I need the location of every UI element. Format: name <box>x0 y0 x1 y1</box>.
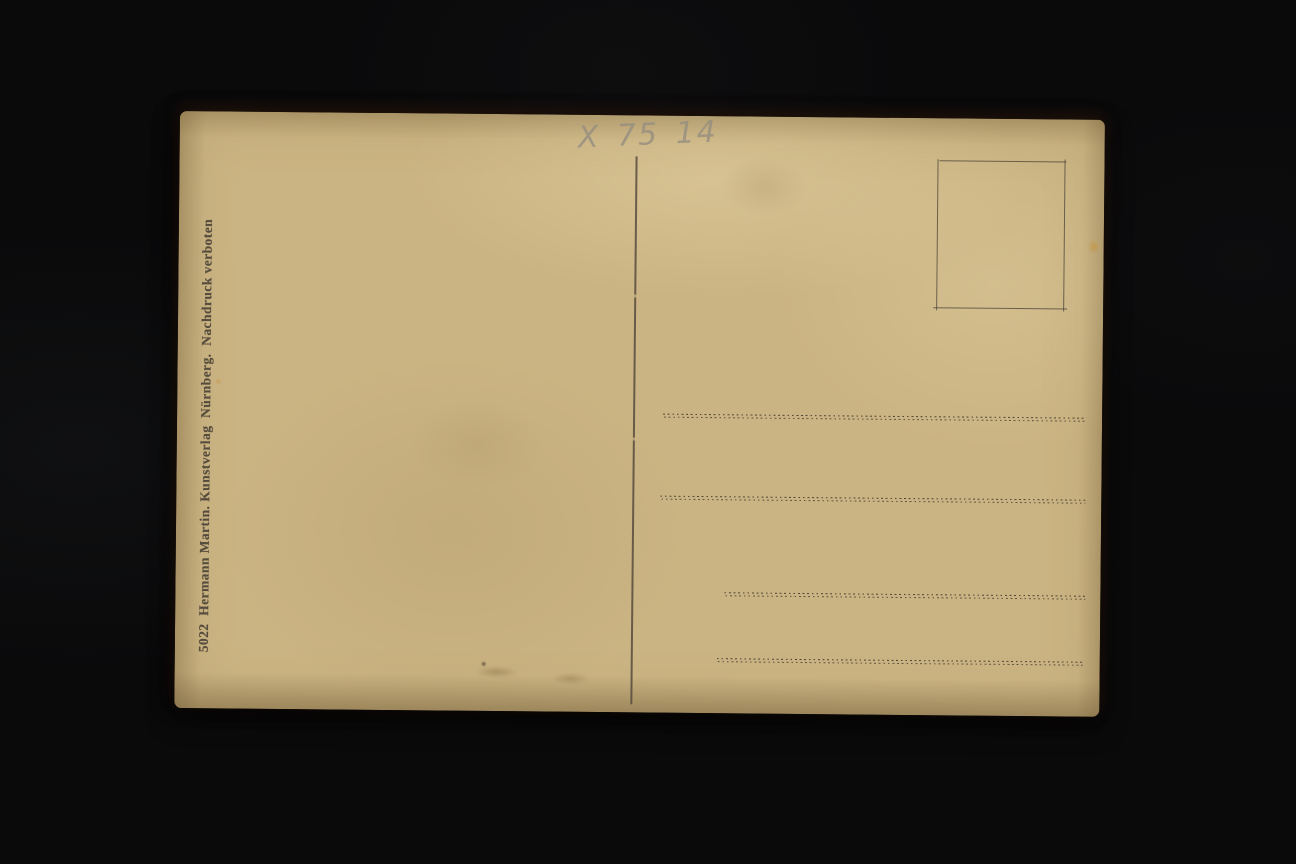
address-line-1 <box>663 414 1086 422</box>
stamp-box <box>936 160 1065 309</box>
divider-line <box>630 156 637 704</box>
stamp-box-left-rule <box>936 159 938 310</box>
photo-backdrop: 5022 Hermann Martin. Kunstverlag Nürnber… <box>0 0 1296 864</box>
stamp-box-bottom-rule <box>933 307 1067 309</box>
address-line-4 <box>717 658 1083 666</box>
publisher-imprint: 5022 Hermann Martin. Kunstverlag Nürnber… <box>195 219 216 653</box>
stamp-box-right-rule <box>1063 159 1065 311</box>
address-line-2 <box>660 496 1085 504</box>
handwritten-annotation: X 75 14 <box>577 115 718 156</box>
stamp-box-top-rule <box>940 160 1067 162</box>
postcard-back: 5022 Hermann Martin. Kunstverlag Nürnber… <box>174 111 1105 717</box>
address-line-3 <box>724 592 1085 599</box>
